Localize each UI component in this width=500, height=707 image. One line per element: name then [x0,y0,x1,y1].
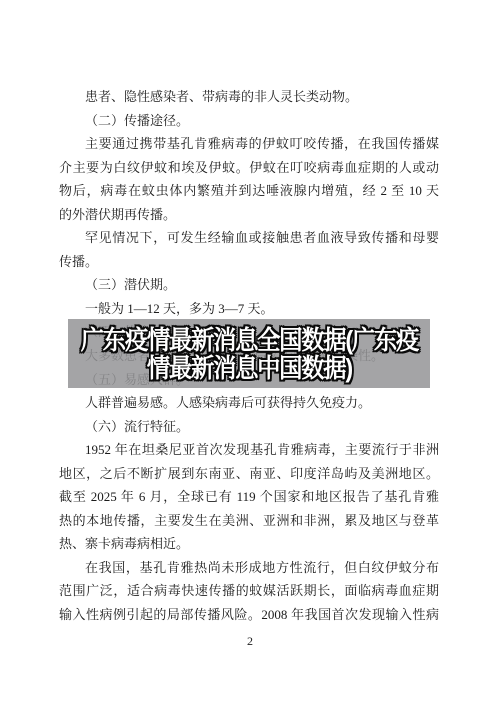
text-line: 传播。 [59,250,439,274]
text-line: 1952 年在坦桑尼亚首次发现基孔肯雅病毒，主要流行于非洲 [59,438,439,462]
text-line: 热、寨卡病毒病相近。 [59,532,439,556]
text-line: 范围广泛，适合病毒快速传播的蚊媒活跃期长，面临病毒血症期 [59,579,439,603]
text-line: 患者、隐性感染者、带病毒的非人灵长类动物。 [59,85,439,109]
text-line: 罕见情况下，可发生经输血或接触患者血液导致传播和母婴 [59,226,439,250]
text-line: （六）流行特征。 [59,415,439,439]
text-line: （三）潜伏期。 [59,273,439,297]
document-page: 患者、隐性感染者、带病毒的非人灵长类动物。（二）传播途径。主要通过携带基孔肯雅病… [0,0,500,707]
text-line: 介主要为白纹伊蚊和埃及伊蚊。伊蚊在叮咬病毒血症期的人或动 [59,156,439,180]
text-line: 输入性病例引起的局部传播风险。2008 年我国首次发现输入性病 [59,603,439,627]
text-line: 主要通过携带基孔肯雅病毒的伊蚊叮咬传播，在我国传播媒 [59,132,439,156]
text-line: 截至 2025 年 6 月，全球已有 119 个国家和地区报告了基孔肯雅 [59,485,439,509]
watermark-title-overlay: 广东疫情最新消息全国数据(广东疫 情最新消息中国数据) [68,319,430,388]
overlay-title-line-1: 广东疫情最新消息全国数据(广东疫 [80,326,417,354]
overlay-title-line-2: 情最新消息中国数据) [80,354,417,382]
text-line: 人群普遍易感。人感染病毒后可获得持久免疫力。 [59,391,439,415]
text-line: 物后，病毒在蚊虫体内繁殖并到达唾液腺内增殖，经 2 至 10 天 [59,179,439,203]
text-line: （二）传播途径。 [59,109,439,133]
page-number: 2 [0,634,500,649]
text-line: 热的本地传播，主要发生在美洲、亚洲和非洲，累及地区与登革 [59,509,439,533]
text-line: 一般为 1—12 天，多为 3—7 天。 [59,297,439,321]
watermark-title-inner: 广东疫情最新消息全国数据(广东疫 情最新消息中国数据) [80,326,417,382]
text-line: 在我国，基孔肯雅热尚未形成地方性流行，但白纹伊蚊分布 [59,556,439,580]
text-line: 的外潜伏期再传播。 [59,203,439,227]
text-line: 地区，之后不断扩展到东南亚、南亚、印度洋岛屿及美洲地区。 [59,462,439,486]
